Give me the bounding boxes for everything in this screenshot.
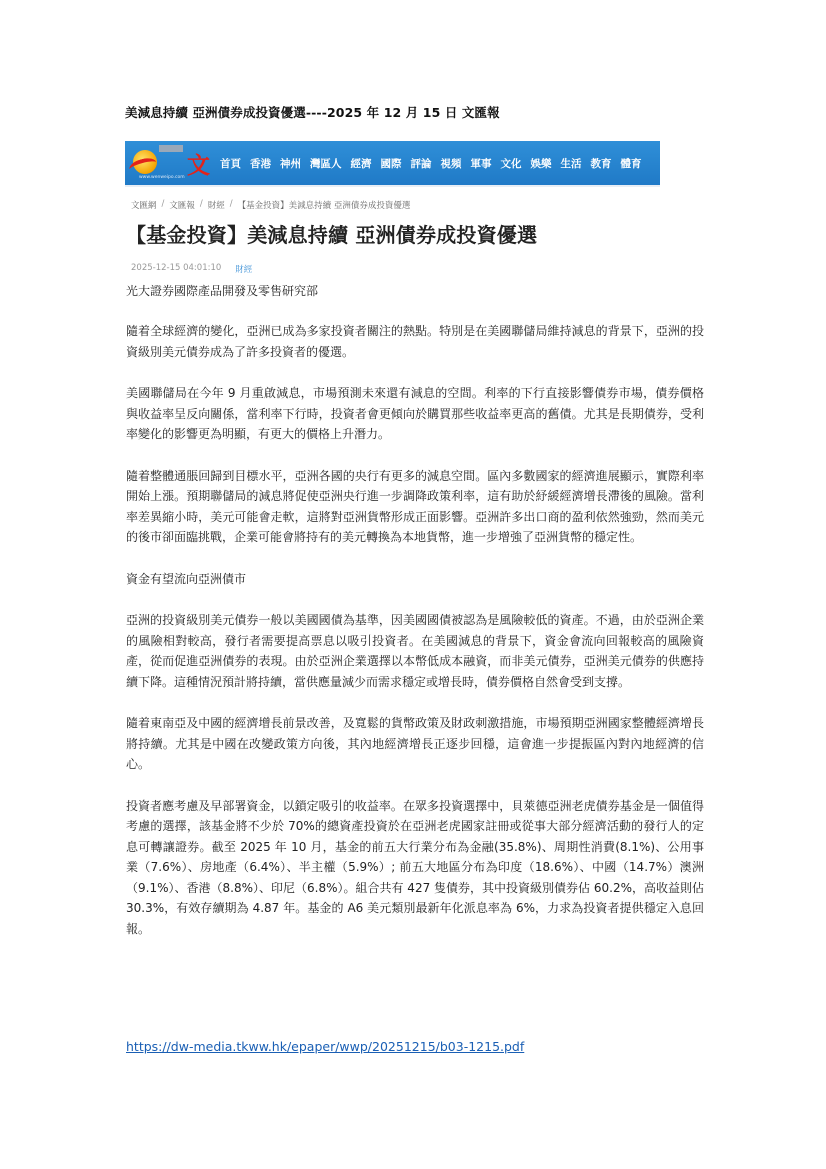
- logo-text: 文匯網: [187, 147, 217, 187]
- paragraph: 隨着整體通脹回歸到目標水平，亞洲各國的央行有更多的減息空間。區內多數國家的經濟進…: [126, 466, 704, 548]
- article-body: 隨着全球經濟的變化，亞洲已成為多家投資者關注的熱點。特別是在美國聯儲局維持減息的…: [126, 321, 704, 960]
- nav-item-china[interactable]: 神州: [280, 156, 301, 171]
- source-pdf-link[interactable]: https://dw-media.tkww.hk/epaper/wwp/2025…: [126, 1039, 524, 1054]
- nav-item-home[interactable]: 首頁: [220, 156, 241, 171]
- nav-item-sports[interactable]: 體育: [621, 156, 642, 171]
- nav-item-entertainment[interactable]: 娛樂: [531, 156, 552, 171]
- nav-item-international[interactable]: 國際: [381, 156, 402, 171]
- nav-item-education[interactable]: 教育: [591, 156, 612, 171]
- article-category[interactable]: 財經: [235, 263, 252, 275]
- section-subheading: 資金有望流向亞洲債市: [126, 569, 704, 590]
- banner-divider: [125, 185, 660, 187]
- article-title: 【基金投資】美減息持續 亞洲債券成投資優選: [126, 219, 537, 248]
- site-banner: 文匯網 www.wenweipo.com 首頁 香港 神州 灣區人 經濟 國際 …: [125, 141, 660, 187]
- nav-item-culture[interactable]: 文化: [501, 156, 522, 171]
- breadcrumb-separator: /: [230, 199, 233, 211]
- nav-item-commentary[interactable]: 評論: [411, 156, 432, 171]
- nav-item-video[interactable]: 視頻: [441, 156, 462, 171]
- nav-item-life[interactable]: 生活: [561, 156, 582, 171]
- main-nav: 首頁 香港 神州 灣區人 經濟 國際 評論 視頻 軍事 文化 娛樂 生活 教育 …: [220, 156, 642, 171]
- paragraph: 隨着全球經濟的變化，亞洲已成為多家投資者關注的熱點。特別是在美國聯儲局維持減息的…: [126, 321, 704, 362]
- wenweipo-logo[interactable]: 文匯網 www.wenweipo.com: [129, 145, 217, 183]
- article-timestamp: 2025-12-15 04:01:10: [131, 263, 221, 275]
- logo-url: www.wenweipo.com: [139, 175, 185, 180]
- breadcrumb-item[interactable]: 文匯網: [131, 199, 157, 211]
- breadcrumb-separator: /: [200, 199, 203, 211]
- nav-item-economy[interactable]: 經濟: [351, 156, 372, 171]
- breadcrumb-current: 【基金投資】美減息持續 亞洲債券成投資優選: [238, 199, 411, 211]
- paragraph: 投資者應考慮及早部署資金，以鎖定吸引的收益率。在眾多投資選擇中，貝萊德亞洲老虎債…: [126, 796, 704, 940]
- paragraph: 隨着東南亞及中國的經濟增長前景改善，及寬鬆的貨幣政策及財政刺激措施，市場預期亞洲…: [126, 713, 704, 775]
- breadcrumb-item[interactable]: 文匯報: [169, 199, 195, 211]
- logo-badge: [159, 145, 183, 152]
- article-meta: 2025-12-15 04:01:10 財經: [131, 263, 252, 275]
- breadcrumb-item[interactable]: 財經: [208, 199, 225, 211]
- breadcrumb: 文匯網 / 文匯報 / 財經 / 【基金投資】美減息持續 亞洲債券成投資優選: [131, 199, 410, 211]
- article-author: 光大證券國際產品開發及零售研究部: [126, 282, 318, 299]
- breadcrumb-separator: /: [162, 199, 165, 211]
- paragraph: 亞洲的投資級別美元債券一般以美國國債為基準，因美國國債被認為是風險較低的資產。不…: [126, 610, 704, 692]
- nav-item-military[interactable]: 軍事: [471, 156, 492, 171]
- nav-item-bay-area[interactable]: 灣區人: [310, 156, 342, 171]
- nav-item-hongkong[interactable]: 香港: [250, 156, 271, 171]
- document-title: 美減息持續 亞洲債券成投資優選----2025 年 12 月 15 日 文匯報: [125, 103, 500, 121]
- paragraph: 美國聯儲局在今年 9 月重啟減息，市場預測未來還有減息的空間。利率的下行直接影響…: [126, 383, 704, 445]
